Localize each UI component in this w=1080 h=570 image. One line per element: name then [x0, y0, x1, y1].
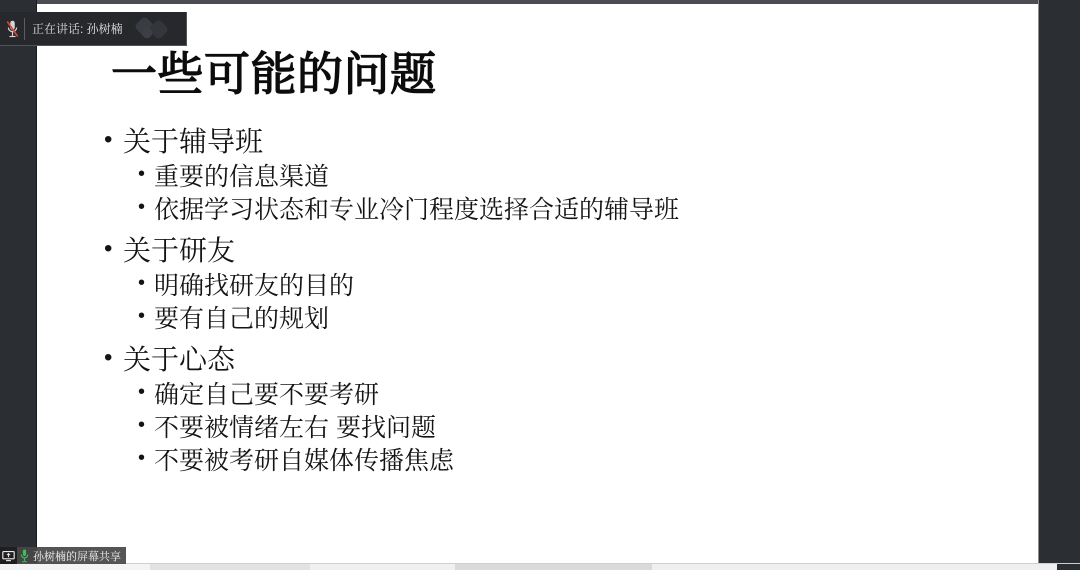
bullet-dot: • — [138, 381, 154, 404]
bullet-sub-item: • 明确找研友的目的 — [138, 267, 679, 300]
bullet-dot: • — [104, 126, 123, 154]
bullet-text: 关于心态 — [123, 338, 235, 378]
taskbar-corner-dark — [1057, 564, 1080, 570]
taskbar-segment — [455, 564, 652, 570]
diamonds-logo-icon — [132, 16, 176, 42]
slide-title: 一些可能的问题 — [111, 47, 437, 102]
bullet-dot: • — [138, 414, 154, 437]
bullet-text: 要有自己的规划 — [154, 299, 329, 335]
taskbar-segment — [310, 564, 455, 570]
bullet-text: 重要的信息渠道 — [154, 157, 329, 193]
bullet-dot: • — [138, 272, 154, 295]
bullet-dot: • — [138, 447, 154, 470]
mic-muted-icon — [0, 19, 24, 39]
bullet-dot: • — [138, 196, 154, 219]
bullet-sub-item: • 确定自己要不要考研 — [138, 376, 679, 409]
bullet-dot: • — [104, 344, 123, 372]
screen-share-indicator-badge: 孙树楠的屏幕共享 — [0, 547, 126, 564]
bullet-section-heading: • 关于心态 — [104, 339, 679, 376]
taskbar-segment — [0, 564, 150, 570]
bullet-text: 关于研友 — [123, 229, 235, 269]
right-letterbox-bar — [1038, 0, 1080, 563]
bullet-section-heading: • 关于研友 — [104, 230, 679, 267]
bullet-sub-item: • 依据学习状态和专业冷门程度选择合适的辅导班 — [138, 191, 679, 224]
screen-share-label: 孙树楠的屏幕共享 — [33, 548, 121, 564]
bullet-sub-item: • 不要被情绪左右 要找问题 — [138, 409, 679, 442]
bullet-dot: • — [138, 163, 154, 186]
slide-bullet-list: • 关于辅导班 • 重要的信息渠道 • 依据学习状态和专业冷门程度选择合适的辅导… — [104, 121, 679, 475]
meeting-screen-share-view: { "overlay": { "speaking_indicator": { "… — [0, 0, 1080, 570]
taskbar-segment — [652, 564, 1057, 570]
top-border-strip — [0, 0, 1080, 4]
bullet-text: 确定自己要不要考研 — [154, 375, 379, 411]
bullet-text: 不要被情绪左右 要找问题 — [154, 408, 436, 444]
bullet-text: 依据学习状态和专业冷门程度选择合适的辅导班 — [154, 190, 679, 226]
bullet-text: 关于辅导班 — [123, 120, 263, 160]
badge-divider — [24, 18, 25, 40]
left-letterbox-bar — [0, 0, 37, 563]
mic-active-icon — [17, 547, 31, 564]
speaking-indicator-label: 正在讲话: 孙树楠 — [32, 20, 123, 37]
bullet-text: 明确找研友的目的 — [154, 266, 354, 302]
screen-share-icon — [0, 547, 17, 564]
taskbar-segment — [150, 564, 310, 570]
bullet-text: 不要被考研自媒体传播焦虑 — [154, 441, 454, 477]
bullet-sub-item: • 要有自己的规划 — [138, 300, 679, 333]
taskbar-strip — [0, 563, 1080, 570]
bullet-section-heading: • 关于辅导班 — [104, 121, 679, 158]
bullet-dot: • — [104, 235, 123, 263]
bullet-sub-item: • 不要被考研自媒体传播焦虑 — [138, 442, 679, 475]
speaking-indicator-badge: 正在讲话: 孙树楠 — [0, 12, 187, 46]
bullet-dot: • — [138, 305, 154, 328]
bullet-sub-item: • 重要的信息渠道 — [138, 158, 679, 191]
